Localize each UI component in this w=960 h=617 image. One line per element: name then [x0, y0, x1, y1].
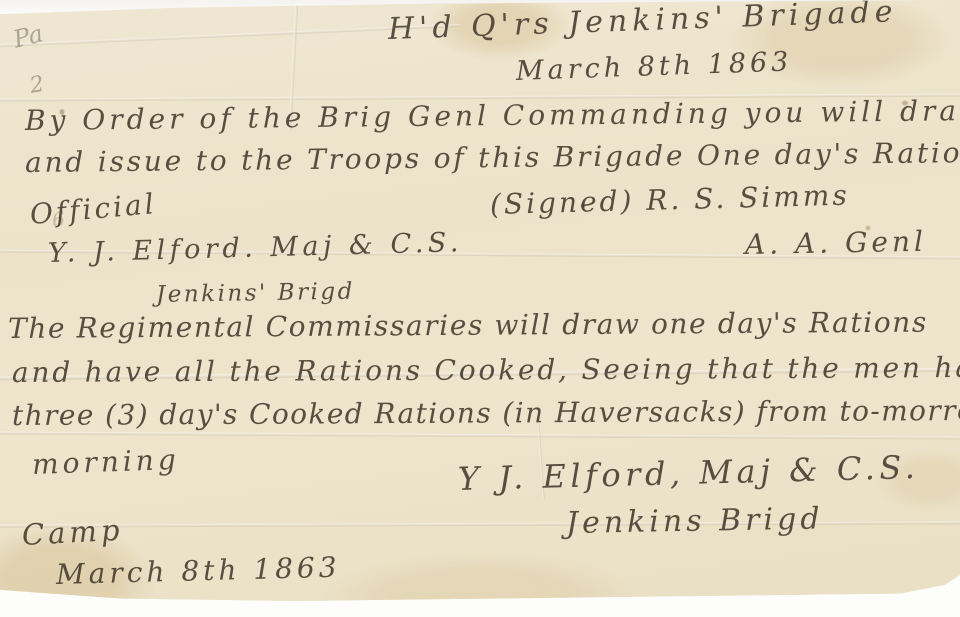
- instruction-line: morning: [31, 443, 180, 481]
- paper-sheet: Pa 2 6 H'd Q'rs Jenkins' Brigade March 8…: [0, 0, 960, 617]
- order-body-line: By Order of the Brig Genl Commanding you…: [25, 94, 960, 137]
- heading-line: H'd Q'rs Jenkins' Brigade: [387, 0, 898, 47]
- heading-date: March 8th 1863: [515, 46, 792, 87]
- certification-signature: Y. J. Elford. Maj & C.S.: [48, 227, 464, 269]
- certification-unit: Jenkins' Brigd: [156, 279, 355, 308]
- instruction-line: and have all the Rations Cooked, Seeing …: [12, 351, 960, 389]
- footer-date: March 8th 1863: [56, 551, 341, 591]
- footer-place: Camp: [21, 513, 124, 552]
- signed-by-line: (Signed) R. S. Simms: [490, 179, 851, 221]
- pencil-annotation: 2: [28, 72, 46, 99]
- instruction-line: three (3) day's Cooked Rations (in Haver…: [12, 394, 960, 432]
- signature-name: Y J. Elford, Maj & C.S.: [458, 448, 920, 498]
- official-label: Official: [29, 187, 158, 231]
- instruction-line: The Regimental Commissaries will draw on…: [8, 306, 928, 345]
- pencil-annotation: Pa: [11, 19, 46, 53]
- signed-title: A. A. Genl: [745, 225, 928, 261]
- crease-line: [0, 431, 960, 439]
- signature-unit: Jenkins Brigd: [566, 502, 824, 541]
- document-scan: Pa 2 6 H'd Q'rs Jenkins' Brigade March 8…: [0, 0, 960, 617]
- order-body-line: and issue to the Troops of this Brigade …: [25, 136, 960, 179]
